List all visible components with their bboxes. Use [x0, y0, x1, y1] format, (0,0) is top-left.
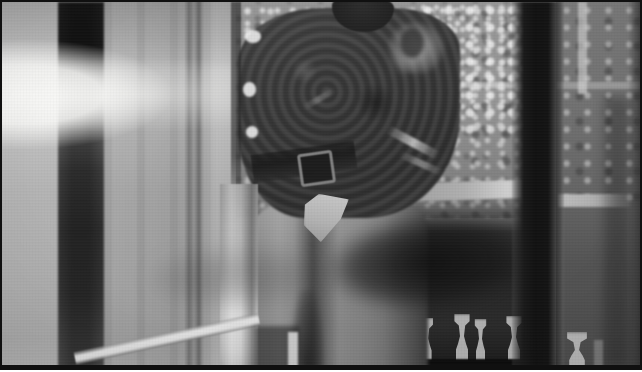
jacket-edge-light-gap — [245, 30, 261, 43]
belt-buckle — [297, 150, 336, 188]
glass-dark-frame-strip — [58, 2, 104, 368]
lower-door-light-streak — [288, 332, 298, 370]
jacket-edge-light-gap — [246, 126, 258, 138]
baluster — [473, 319, 488, 362]
right-glass-region — [556, 2, 642, 368]
photograph — [0, 0, 642, 372]
window-post — [512, 2, 564, 368]
jacket-edge-light-gap — [243, 82, 256, 97]
glass-haze-overlay — [556, 2, 642, 368]
photo-frame — [0, 0, 642, 370]
face-shadow — [400, 28, 424, 58]
